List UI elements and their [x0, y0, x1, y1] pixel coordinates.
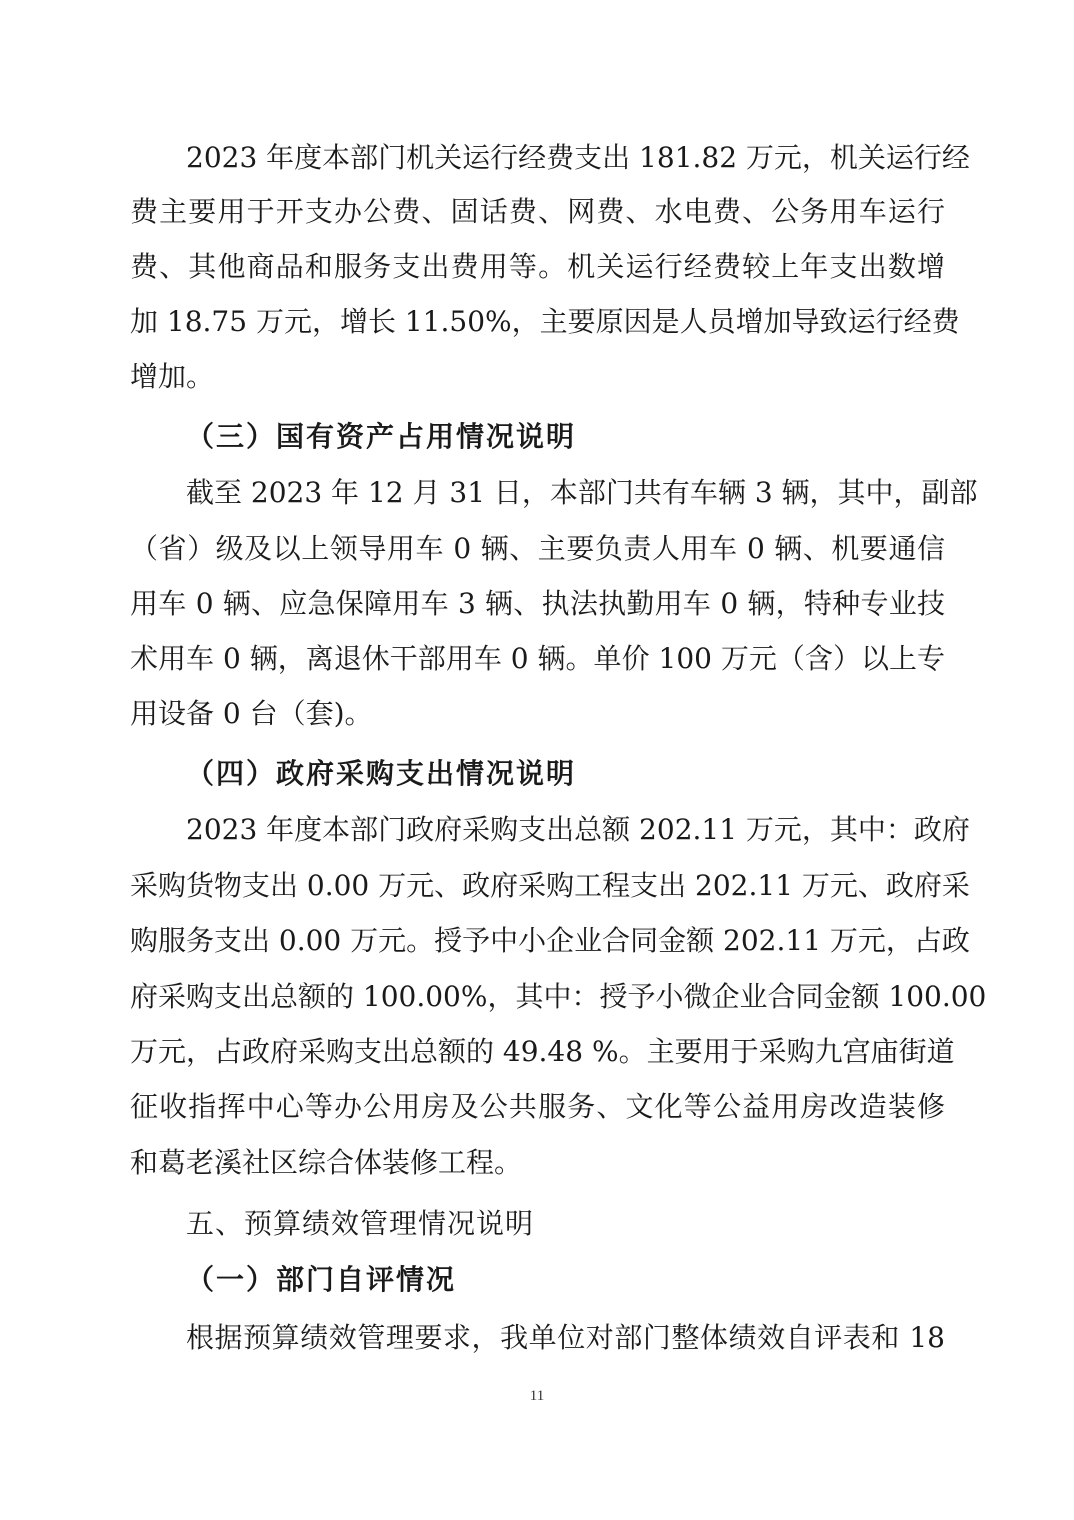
section-5-1-heading: （一）部门自评情况 [186, 1253, 456, 1307]
paragraph-operating-costs-line-5: 增加。 [130, 350, 945, 404]
section-3-line-1: 截至 2023 年 12 月 31 日，本部门共有车辆 3 辆，其中，副部 [186, 466, 945, 520]
section-3-heading: （三）国有资产占用情况说明 [186, 410, 576, 464]
section-4-line-3: 购服务支出 0.00 万元。授予中小企业合同金额 202.11 万元，占政 [130, 914, 945, 968]
section-3-line-2: （省）级及以上领导用车 0 辆、主要负责人用车 0 辆、机要通信 [130, 522, 945, 576]
section-4-heading: （四）政府采购支出情况说明 [186, 747, 576, 801]
section-4-line-2: 采购货物支出 0.00 万元、政府采购工程支出 202.11 万元、政府采 [130, 859, 945, 913]
section-3-line-5: 用设备 0 台（套)。 [130, 687, 945, 741]
section-4-line-5: 万元，占政府采购支出总额的 49.48 %。主要用于采购九宫庙街道 [130, 1025, 945, 1079]
section-3-line-3: 用车 0 辆、应急保障用车 3 辆、执法执勤用车 0 辆，特种专业技 [130, 577, 945, 631]
document-page: 2023 年度本部门机关运行经费支出 181.82 万元，机关运行经 费主要用于… [0, 0, 1074, 1520]
section-4-line-4: 府采购支出总额的 100.00%，其中：授予小微企业合同金额 100.00 [130, 970, 945, 1024]
paragraph-operating-costs-line-2: 费主要用于开支办公费、固话费、网费、水电费、公务用车运行 [130, 185, 945, 239]
section-3-line-4: 术用车 0 辆，离退休干部用车 0 辆。单价 100 万元（含）以上专 [130, 632, 945, 686]
section-4-line-7: 和葛老溪社区综合体装修工程。 [130, 1136, 945, 1190]
section-5-heading: 五、预算绩效管理情况说明 [186, 1197, 534, 1251]
page-number: 11 [0, 1388, 1074, 1405]
paragraph-operating-costs-line-4: 加 18.75 万元，增长 11.50%，主要原因是人员增加导致运行经费 [130, 295, 945, 349]
paragraph-operating-costs-line-1: 2023 年度本部门机关运行经费支出 181.82 万元，机关运行经 [186, 131, 945, 185]
section-5-1-line-1: 根据预算绩效管理要求，我单位对部门整体绩效自评表和 18 [186, 1311, 945, 1365]
section-4-line-1: 2023 年度本部门政府采购支出总额 202.11 万元，其中：政府 [186, 803, 945, 857]
paragraph-operating-costs-line-3: 费、其他商品和服务支出费用等。机关运行经费较上年支出数增 [130, 240, 945, 294]
section-4-line-6: 征收指挥中心等办公用房及公共服务、文化等公益用房改造装修 [130, 1080, 945, 1134]
